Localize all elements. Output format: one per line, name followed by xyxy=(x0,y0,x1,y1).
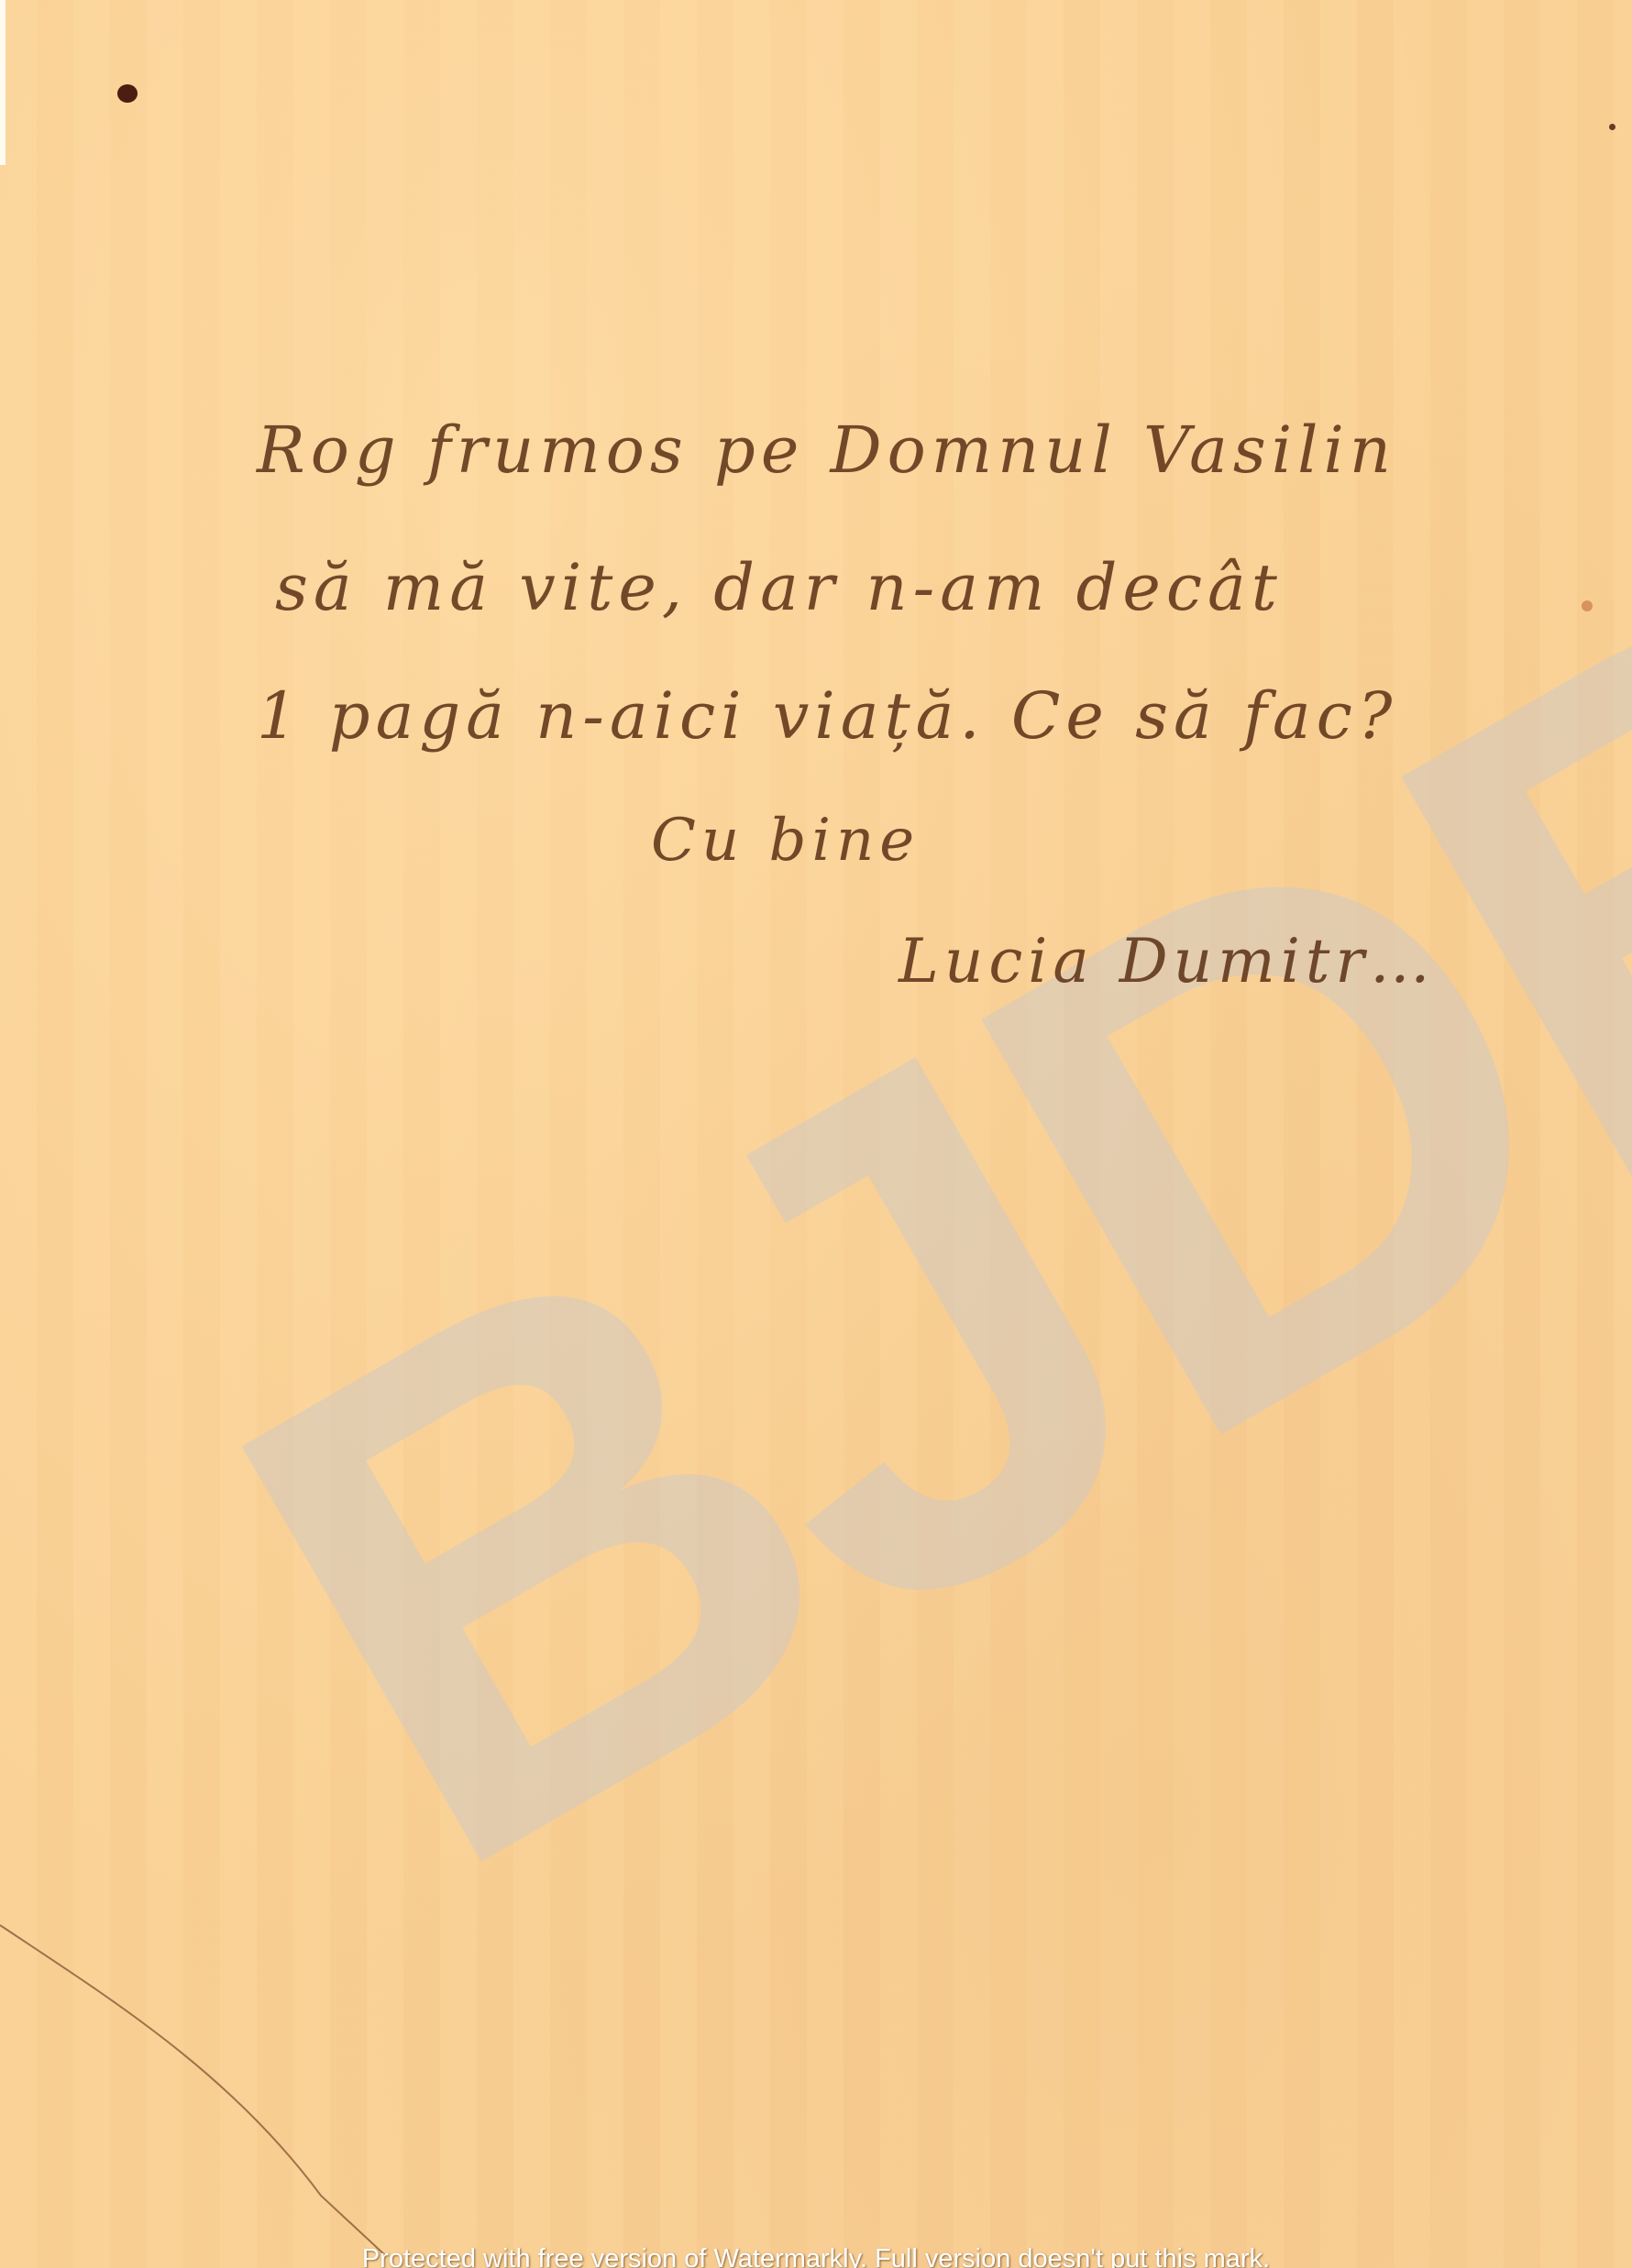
fold-crease xyxy=(0,1833,458,2268)
letter-line: Rog frumos pe Domnul Vasilin xyxy=(257,413,1396,488)
watermark-notice: Protected with free version of Watermark… xyxy=(0,2244,1632,2268)
letter-line: să mă vite, dar n-am decât xyxy=(275,550,1283,625)
letter-signature: Lucia Dumitr… xyxy=(899,926,1436,996)
paper-stain xyxy=(1582,600,1593,611)
ink-blot xyxy=(117,84,138,103)
paper-speck xyxy=(1609,124,1615,130)
letter-closing: Cu bine xyxy=(651,807,920,875)
letter-line: 1 pagă n-aici viață. Ce să fac? xyxy=(257,678,1397,754)
torn-edge xyxy=(0,0,6,165)
